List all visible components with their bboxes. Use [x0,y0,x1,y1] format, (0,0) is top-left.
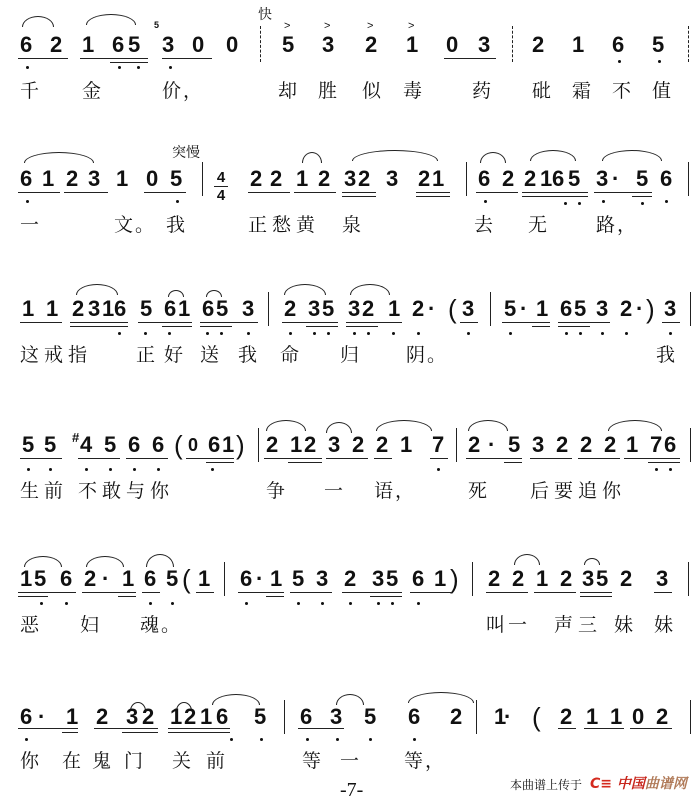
beam-underline [662,322,680,323]
note: 0 [192,34,204,56]
note: 2 [488,568,500,590]
note: 2 [620,568,632,590]
note: 5 [282,34,294,56]
beam-underline [80,58,148,59]
octave-dot [392,332,395,335]
note: 1 [540,168,552,190]
note: 7 [432,434,444,456]
note: 1 [200,706,212,728]
octave-dot [601,332,604,335]
note: 1 [388,298,400,320]
note: 2 [556,434,568,456]
beam-underline [18,58,68,59]
octave-dot [579,332,582,335]
octave-dot [133,468,136,471]
bar-line [490,292,491,326]
note: 3 [664,298,676,320]
slur [24,152,94,163]
note: 5 [386,568,398,590]
beam-underline [342,592,402,593]
note: 3 [344,168,356,190]
note: 6 [664,434,676,456]
note: 6 [560,298,572,320]
note: · [612,168,619,190]
slur [86,14,136,25]
note: 2 [344,568,356,590]
note: 0 [446,34,458,56]
note: 3 [316,568,328,590]
note: 1 [586,706,598,728]
note: 2 [524,168,536,190]
note: 5 [140,298,152,320]
note: 2 [266,434,278,456]
note: 6 [144,568,156,590]
note: 3 [462,298,474,320]
slur [22,16,54,27]
octave-dot [367,332,370,335]
octave-dot [65,602,68,605]
note: 2 [656,706,668,728]
parenthesis: ( [532,702,541,733]
beam-underline [110,62,148,63]
note: · [504,706,511,728]
bar-line [690,700,691,734]
note: 6 [216,706,228,728]
note: 6 [20,168,32,190]
parenthesis: ( [448,294,457,325]
beam-underline [162,58,212,59]
bar-line [224,562,225,596]
score-system-1: 快 > > > > 5 62 165 300 5321 03 2165 千 金 … [0,0,700,110]
beam-underline [346,322,402,323]
score-system-4: 55 # 4566 ( 061 ) 212 322 17 2·5 3222 17… [0,400,700,510]
slur [514,554,540,565]
score-system-5: 156 2·1 65 (1 6·1 53 235 61 ) 2212 3523 … [0,534,700,644]
note: 1 [122,568,134,590]
beam-underline [144,192,186,193]
octave-dot [26,200,29,203]
beam-underline [476,192,518,193]
beam-underline [70,326,128,327]
beam-underline [370,596,402,597]
note: 2 [84,568,96,590]
note: 6 [478,168,490,190]
note: 1 [82,34,94,56]
octave-dot [467,332,470,335]
bar-line [476,700,477,734]
beam-underline [416,196,450,197]
octave-dot [625,332,628,335]
beam-underline [20,458,62,459]
octave-dot [618,60,621,63]
slur [530,150,576,161]
note: 1 [536,298,548,320]
octave-dot [169,66,172,69]
note: 3 [532,434,544,456]
site-logo: C≡ 中国曲谱网 [590,773,687,793]
note: 3 [126,706,138,728]
beam-underline [78,458,120,459]
note: 6 [20,34,32,56]
note: 3 [386,168,398,190]
octave-dot [655,468,658,471]
note: 5 [504,298,516,320]
note: 2 [66,168,78,190]
beam-underline [64,192,108,193]
note: 3 [582,568,594,590]
bar-line [512,26,513,62]
beam-underline [94,728,158,729]
note: 3 [372,568,384,590]
beam-underline [196,592,214,593]
beam-underline [326,458,368,459]
note: · [636,298,643,320]
note: 3 [88,298,100,320]
beam-underline [122,732,158,733]
beam-underline [530,458,572,459]
note: 1 [42,168,54,190]
note: 1 [400,434,412,456]
beam-underline [580,592,612,593]
note: 1 [22,298,34,320]
note: · [488,434,495,456]
note: 3 [328,434,340,456]
note: 2 [365,34,377,56]
note: 6 [408,706,420,728]
slur [480,152,506,163]
note: 5 [574,298,586,320]
beam-underline [558,326,590,327]
beam-underline [142,592,160,593]
note: 5 [636,168,648,190]
note: 5 [166,568,178,590]
note: 3 [242,298,254,320]
note: · [520,298,527,320]
octave-dot [85,468,88,471]
beam-underline [168,728,230,729]
note: 1 [102,298,114,320]
bar-line [456,428,457,462]
slur [584,558,600,565]
beam-underline [342,192,376,193]
bar-line [202,162,203,196]
note: 2 [376,434,388,456]
note: 2 [284,298,296,320]
note: 2 [580,434,592,456]
octave-dot [306,738,309,741]
beam-underline [126,458,168,459]
note: 1 [66,706,78,728]
note: 5 [568,168,580,190]
note: 5 [44,434,56,456]
octave-dot [665,200,668,203]
note: 1 [46,298,58,320]
beam-underline [186,458,234,459]
beam-underline [248,192,290,193]
octave-dot [353,332,356,335]
note: 5 [216,298,228,320]
note: · [38,706,45,728]
slur [266,420,306,431]
beam-underline [264,458,322,459]
note: 6 [300,706,312,728]
note: · [102,568,109,590]
note: 2 [96,706,108,728]
slur [352,150,438,161]
octave-dot [144,332,147,335]
logo-text-qupu: 曲谱网 [645,776,687,792]
beam-underline [282,322,338,323]
octave-dot [247,332,250,335]
note: 5 [364,706,376,728]
logo-text-china: 中国 [617,776,645,792]
note: 1 [20,568,32,590]
note: 6 [60,568,72,590]
note: 2 [250,168,262,190]
note: 2 [468,434,480,456]
octave-dot [137,66,140,69]
note: 2 [362,298,374,320]
note: 5 [34,568,46,590]
note: 3 [308,298,320,320]
beam-underline [162,326,192,327]
note: 6 [114,298,126,320]
beam-underline [288,462,322,463]
note: 3 [88,168,100,190]
bar-line [472,562,473,596]
octave-dot [157,468,160,471]
beam-underline [20,322,62,323]
note: 1 [610,706,622,728]
note: 6 [208,434,220,456]
tempo-fast: 快 [258,4,272,24]
beam-underline [206,462,234,463]
octave-dot [211,468,214,471]
octave-dot [176,200,179,203]
octave-dot [669,468,672,471]
parenthesis: ) [646,294,655,325]
watermark-text: 本曲谱上传于 [510,776,582,793]
note: 2 [560,706,572,728]
note: 6 [202,298,214,320]
beam-underline [410,592,452,593]
page-number: -7- [340,779,363,802]
octave-dot [336,738,339,741]
note: 1 [116,168,128,190]
octave-dot [297,602,300,605]
beam-underline [580,596,612,597]
beam-underline [346,326,378,327]
beam-underline [486,592,528,593]
note: 2 [450,706,462,728]
note: 5 [292,568,304,590]
accent-mark: > [284,20,290,32]
beam-underline [558,322,610,323]
octave-dot [313,332,316,335]
octave-dot [118,66,121,69]
slur [284,284,326,295]
note: 1 [170,706,182,728]
octave-dot [230,738,233,741]
beam-underline [168,732,230,733]
octave-dot [437,468,440,471]
beam-underline [632,196,652,197]
sharp-sign: # [72,430,79,445]
octave-dot [327,332,330,335]
beam-underline [298,728,344,729]
octave-dot [369,738,372,741]
octave-dot [484,200,487,203]
note: 1 [270,568,282,590]
beam-underline [18,192,60,193]
note: 3 [162,34,174,56]
parenthesis: ( [174,430,183,461]
note: 2 [604,434,616,456]
note: 1 [178,298,190,320]
octave-dot [391,602,394,605]
slur [350,284,390,295]
beam-underline [18,596,48,597]
beam-underline [522,196,588,197]
note: · [428,298,435,320]
octave-dot [289,332,292,335]
note: 2 [358,168,370,190]
note: 3 [348,298,360,320]
octave-dot [349,602,352,605]
score-system-6: 6·1 232 1216 5 635 62 1· ( 211 02 你 在 鬼 … [0,672,700,782]
accent-mark: > [408,20,414,32]
tempo-sudden-slow: 突慢 [172,142,200,162]
note: 1 [572,34,584,56]
note: 6 [660,168,672,190]
note: 1 [290,434,302,456]
bar-line [688,562,689,596]
beam-underline [578,458,620,459]
parenthesis: ) [450,564,459,595]
slur [602,150,662,161]
beam-underline [594,192,652,193]
note: 1 [198,568,210,590]
bar-line [690,292,691,326]
beam-underline [266,596,284,597]
note: 0 [188,434,198,456]
parenthesis: ( [182,564,191,595]
note: 2 [352,434,364,456]
beam-underline [648,462,680,463]
note: 6 [412,568,424,590]
score-system-3: 11 2316 561 653 235 321 2· (3 5·1 653 2·… [0,264,700,374]
note: 1 [434,568,446,590]
octave-dot [658,60,661,63]
bar-line [268,292,269,326]
beam-underline [522,192,588,193]
note: 1 [406,34,418,56]
beam-underline [82,592,136,593]
note: 5 [596,568,608,590]
note: · [256,568,263,590]
beam-underline [138,322,192,323]
beam-underline [70,322,128,323]
beam-underline [502,322,550,323]
note: 2 [72,298,84,320]
note: 2 [50,34,62,56]
note: 1 [222,434,234,456]
note: 2 [502,168,514,190]
beam-underline [430,458,448,459]
note: 3 [596,168,608,190]
note: 5 [254,706,266,728]
note: 6 [240,568,252,590]
note: 2 [512,568,524,590]
note: 2 [620,298,632,320]
beam-underline [558,728,576,729]
octave-dot [321,602,324,605]
note: 1 [626,434,638,456]
note: 5 [170,168,182,190]
note: 5 [22,434,34,456]
bar-line [260,26,261,62]
octave-dot [260,738,263,741]
beam-underline [654,592,672,593]
octave-dot [25,738,28,741]
bar-line [258,428,259,462]
note: 5 [128,34,140,56]
note: 2 [304,434,316,456]
beam-underline [18,592,76,593]
beam-underline [416,192,450,193]
time-signature: 4 4 [214,170,228,203]
beam-underline [294,192,336,193]
octave-dot [417,602,420,605]
note: 5 [104,434,116,456]
beam-underline [532,326,550,327]
beam-underline [466,458,522,459]
octave-dot [245,602,248,605]
slur [468,420,508,431]
beam-underline [624,458,680,459]
octave-dot [509,332,512,335]
note: 2 [532,34,544,56]
octave-dot [26,66,29,69]
octave-dot [168,332,171,335]
logo-mark-icon: C≡ [590,776,612,792]
note: 2 [142,706,154,728]
beam-underline [306,326,338,327]
octave-dot [669,332,672,335]
note: 1 [296,168,308,190]
slur [408,692,474,703]
octave-dot [413,738,416,741]
note: 0 [146,168,158,190]
note: 2 [318,168,330,190]
note: 7 [650,434,662,456]
bar-line [466,162,467,196]
octave-dot [171,602,174,605]
octave-dot [565,332,568,335]
note: 3 [322,34,334,56]
beam-underline [584,728,624,729]
beam-underline [504,462,522,463]
beam-underline [238,592,284,593]
octave-dot [220,332,223,335]
score-system-2: 突慢 6123 105 4 4 2212 323 21 62 2165 3·56… [0,134,700,244]
note: 1 [432,168,444,190]
note: 6 [152,434,164,456]
beam-underline [62,732,78,733]
octave-dot [109,468,112,471]
bar-line [688,162,689,196]
beam-underline [200,326,232,327]
